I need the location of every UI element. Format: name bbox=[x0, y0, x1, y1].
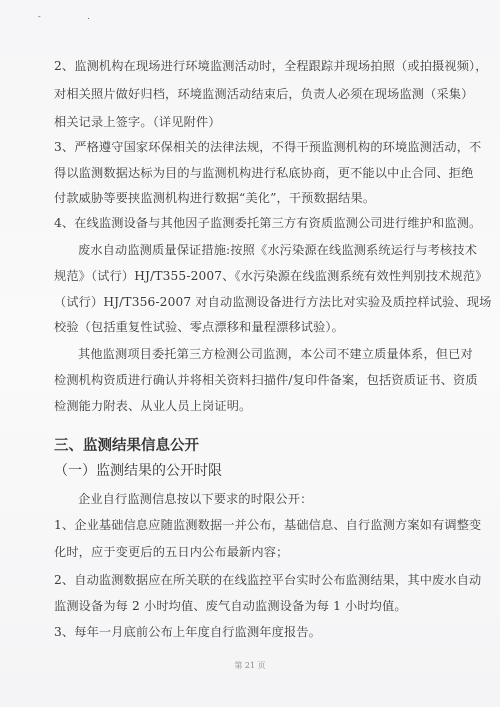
paragraph-line: 付款威胁等要挟监测机构进行数据“美化”，干预数据结果。 bbox=[54, 190, 464, 206]
subsection-heading: （一）监测结果的公开时限 bbox=[54, 460, 222, 480]
paragraph-line: 检测机构资质进行确认并将相关资料扫描件/复印件备案，包括资质证书、资质 bbox=[54, 372, 464, 388]
paragraph-line: 规范》（试行）HJ/T355-2007、《水污染源在线监测系统有效性判别技术规范… bbox=[54, 268, 464, 284]
list-item: 2、自动监测数据应在所关联的在线监控平台实时公布监测结果，其中废水自动 bbox=[54, 572, 464, 588]
list-item: 监测设备为每 2 小时均值、废气自动监测设备为每 1 小时均值。 bbox=[54, 598, 464, 614]
paragraph-line: 相关记录上签字。（详见附件） bbox=[54, 114, 464, 130]
paragraph-line: 企业自行监测信息按以下要求的时限公开： bbox=[78, 491, 488, 507]
list-item: 3、每年一月底前公布上年度自行监测年度报告。 bbox=[54, 624, 464, 640]
page-number: 第 21 页 bbox=[0, 660, 500, 671]
paragraph-line: 3、严格遵守国家环保相关的法律法规，不得干预监测机构的环境监测活动，不 bbox=[54, 139, 464, 155]
paragraph-line: 校验（包括重复性试验、零点漂移和量程漂移试验）。 bbox=[54, 319, 464, 335]
paragraph-line: 2、监测机构在现场进行环境监测活动时，全程跟踪并现场拍照（或拍摄视频）， bbox=[54, 58, 464, 74]
section-heading: 三、监测结果信息公开 bbox=[54, 434, 199, 455]
list-item: 化时，应于变更后的五日内公布最新内容； bbox=[54, 544, 464, 560]
paragraph-line: 其他监测项目委托第三方检测公司监测，本公司不建立质量体系，但已对 bbox=[78, 346, 488, 362]
paragraph-line: 得以监测数据达标为目的与监测机构进行私底协商，更不能以中止合同、拒绝 bbox=[54, 165, 464, 181]
list-item: 1、企业基础信息应随监测数据一并公布，基础信息、自行监测方案如有调整变 bbox=[54, 517, 464, 533]
paragraph-line: 废水自动监测质量保证措施:按照《水污染源在线监测系统运行与考核技术 bbox=[78, 242, 488, 258]
scan-marks: - . bbox=[38, 12, 112, 21]
paragraph-line: 4、在线监测设备与其他因子监测委托第三方有资质监测公司进行维护和监测。 bbox=[54, 215, 464, 231]
paragraph-line: 检测能力附表、从业人员上岗证明。 bbox=[54, 398, 464, 414]
document-page: - . 2、监测机构在现场进行环境监测活动时，全程跟踪并现场拍照（或拍摄视频），… bbox=[0, 0, 500, 707]
paragraph-line: 对相关照片做好归档，环境监测活动结束后，负责人必须在现场监测（采集） bbox=[54, 86, 464, 102]
paragraph-line: （试行）HJ/T356-2007 对自动监测设备进行方法比对实验及质控样试验、现… bbox=[54, 294, 464, 310]
